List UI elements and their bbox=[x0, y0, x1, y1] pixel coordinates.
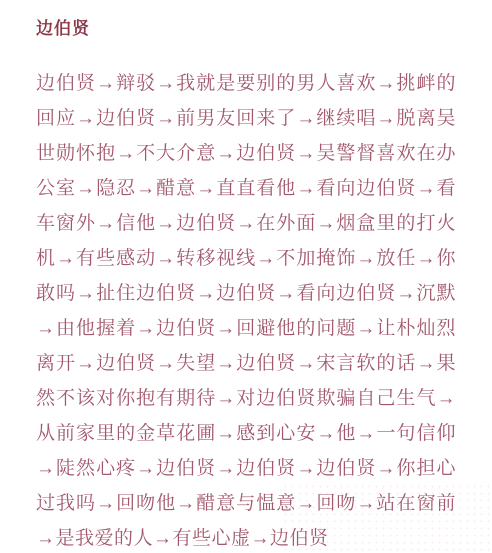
text-line: →是我爱的人→有些心虚→边伯贤 bbox=[36, 521, 456, 553]
text-line: 然不该对你抱有期待→对边伯贤欺骗自己生气→ bbox=[36, 381, 456, 416]
text-line: 机→有些感动→转移视线→不加掩饰→放任→你 bbox=[36, 241, 456, 276]
text-line: →由他握着→边伯贤→回避他的问题→让朴灿烈 bbox=[36, 311, 456, 346]
document-page: 边伯贤 边伯贤→辩驳→我就是要别的男人喜欢→挑衅的 回应→边伯贤→前男友回来了→… bbox=[0, 0, 492, 553]
story-keyword-flow: 边伯贤→辩驳→我就是要别的男人喜欢→挑衅的 回应→边伯贤→前男友回来了→继续唱→… bbox=[36, 66, 456, 553]
text-line: 回应→边伯贤→前男友回来了→继续唱→脱离吴 bbox=[36, 101, 456, 136]
text-line: →陡然心疼→边伯贤→边伯贤→边伯贤→你担心 bbox=[36, 451, 456, 486]
text-line: 边伯贤→辩驳→我就是要别的男人喜欢→挑衅的 bbox=[36, 66, 456, 101]
text-line: 过我吗→回吻他→醋意与愠意→回吻→站在窗前 bbox=[36, 486, 456, 521]
text-line: 离开→边伯贤→失望→边伯贤→宋言软的话→果 bbox=[36, 346, 456, 381]
text-line: 公室→隐忍→醋意→直直看他→看向边伯贤→看 bbox=[36, 171, 456, 206]
text-line: 车窗外→信他→边伯贤→在外面→烟盒里的打火 bbox=[36, 206, 456, 241]
text-line: 世勋怀抱→不大介意→边伯贤→吴警督喜欢在办 bbox=[36, 136, 456, 171]
text-line: 从前家里的金草花圃→感到心安→他→一句信仰 bbox=[36, 416, 456, 451]
text-line: 敢吗→扯住边伯贤→边伯贤→看向边伯贤→沉默 bbox=[36, 276, 456, 311]
page-title: 边伯贤 bbox=[36, 14, 456, 39]
